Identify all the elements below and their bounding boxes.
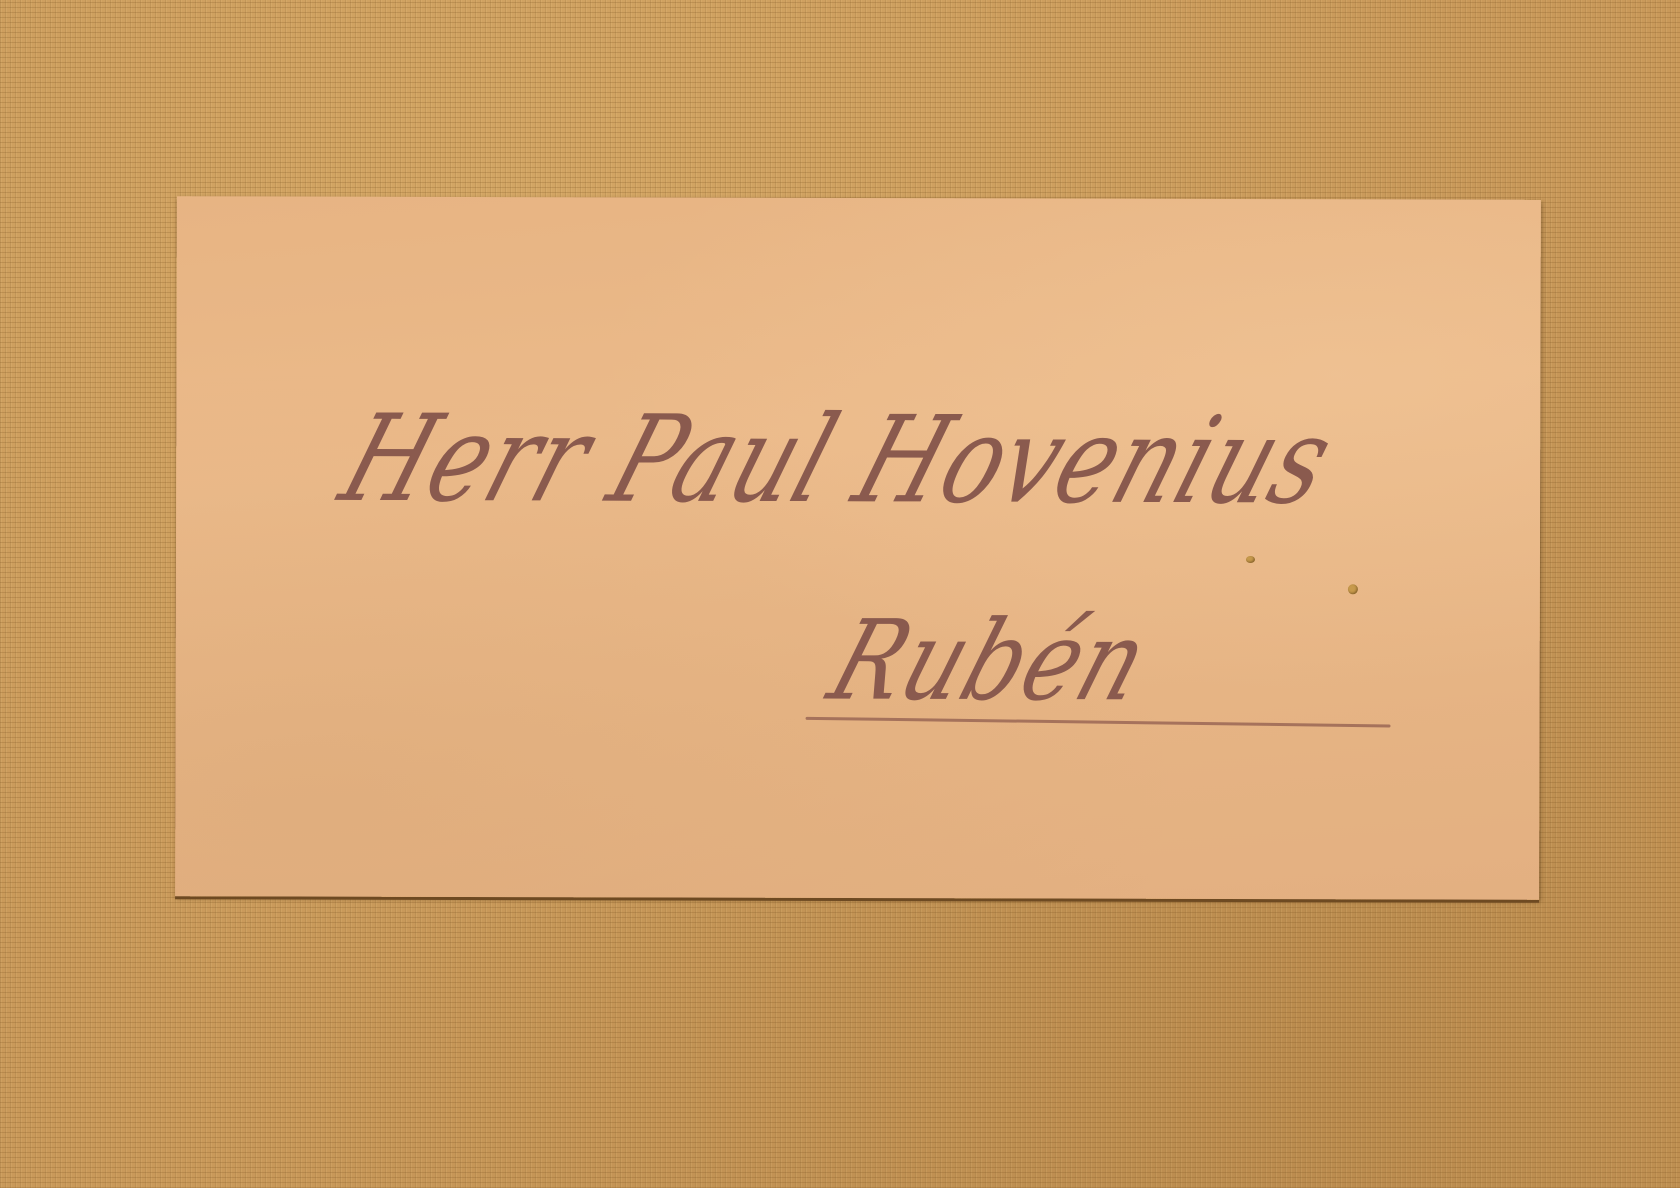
wax-spot <box>1348 584 1358 594</box>
place-text: Rubén <box>816 597 1164 726</box>
wax-spot <box>1246 556 1255 563</box>
addressee-text: Herr Paul Hovenius <box>326 389 1349 531</box>
handwritten-label: Herr Paul Hovenius Rubén <box>175 196 1541 900</box>
